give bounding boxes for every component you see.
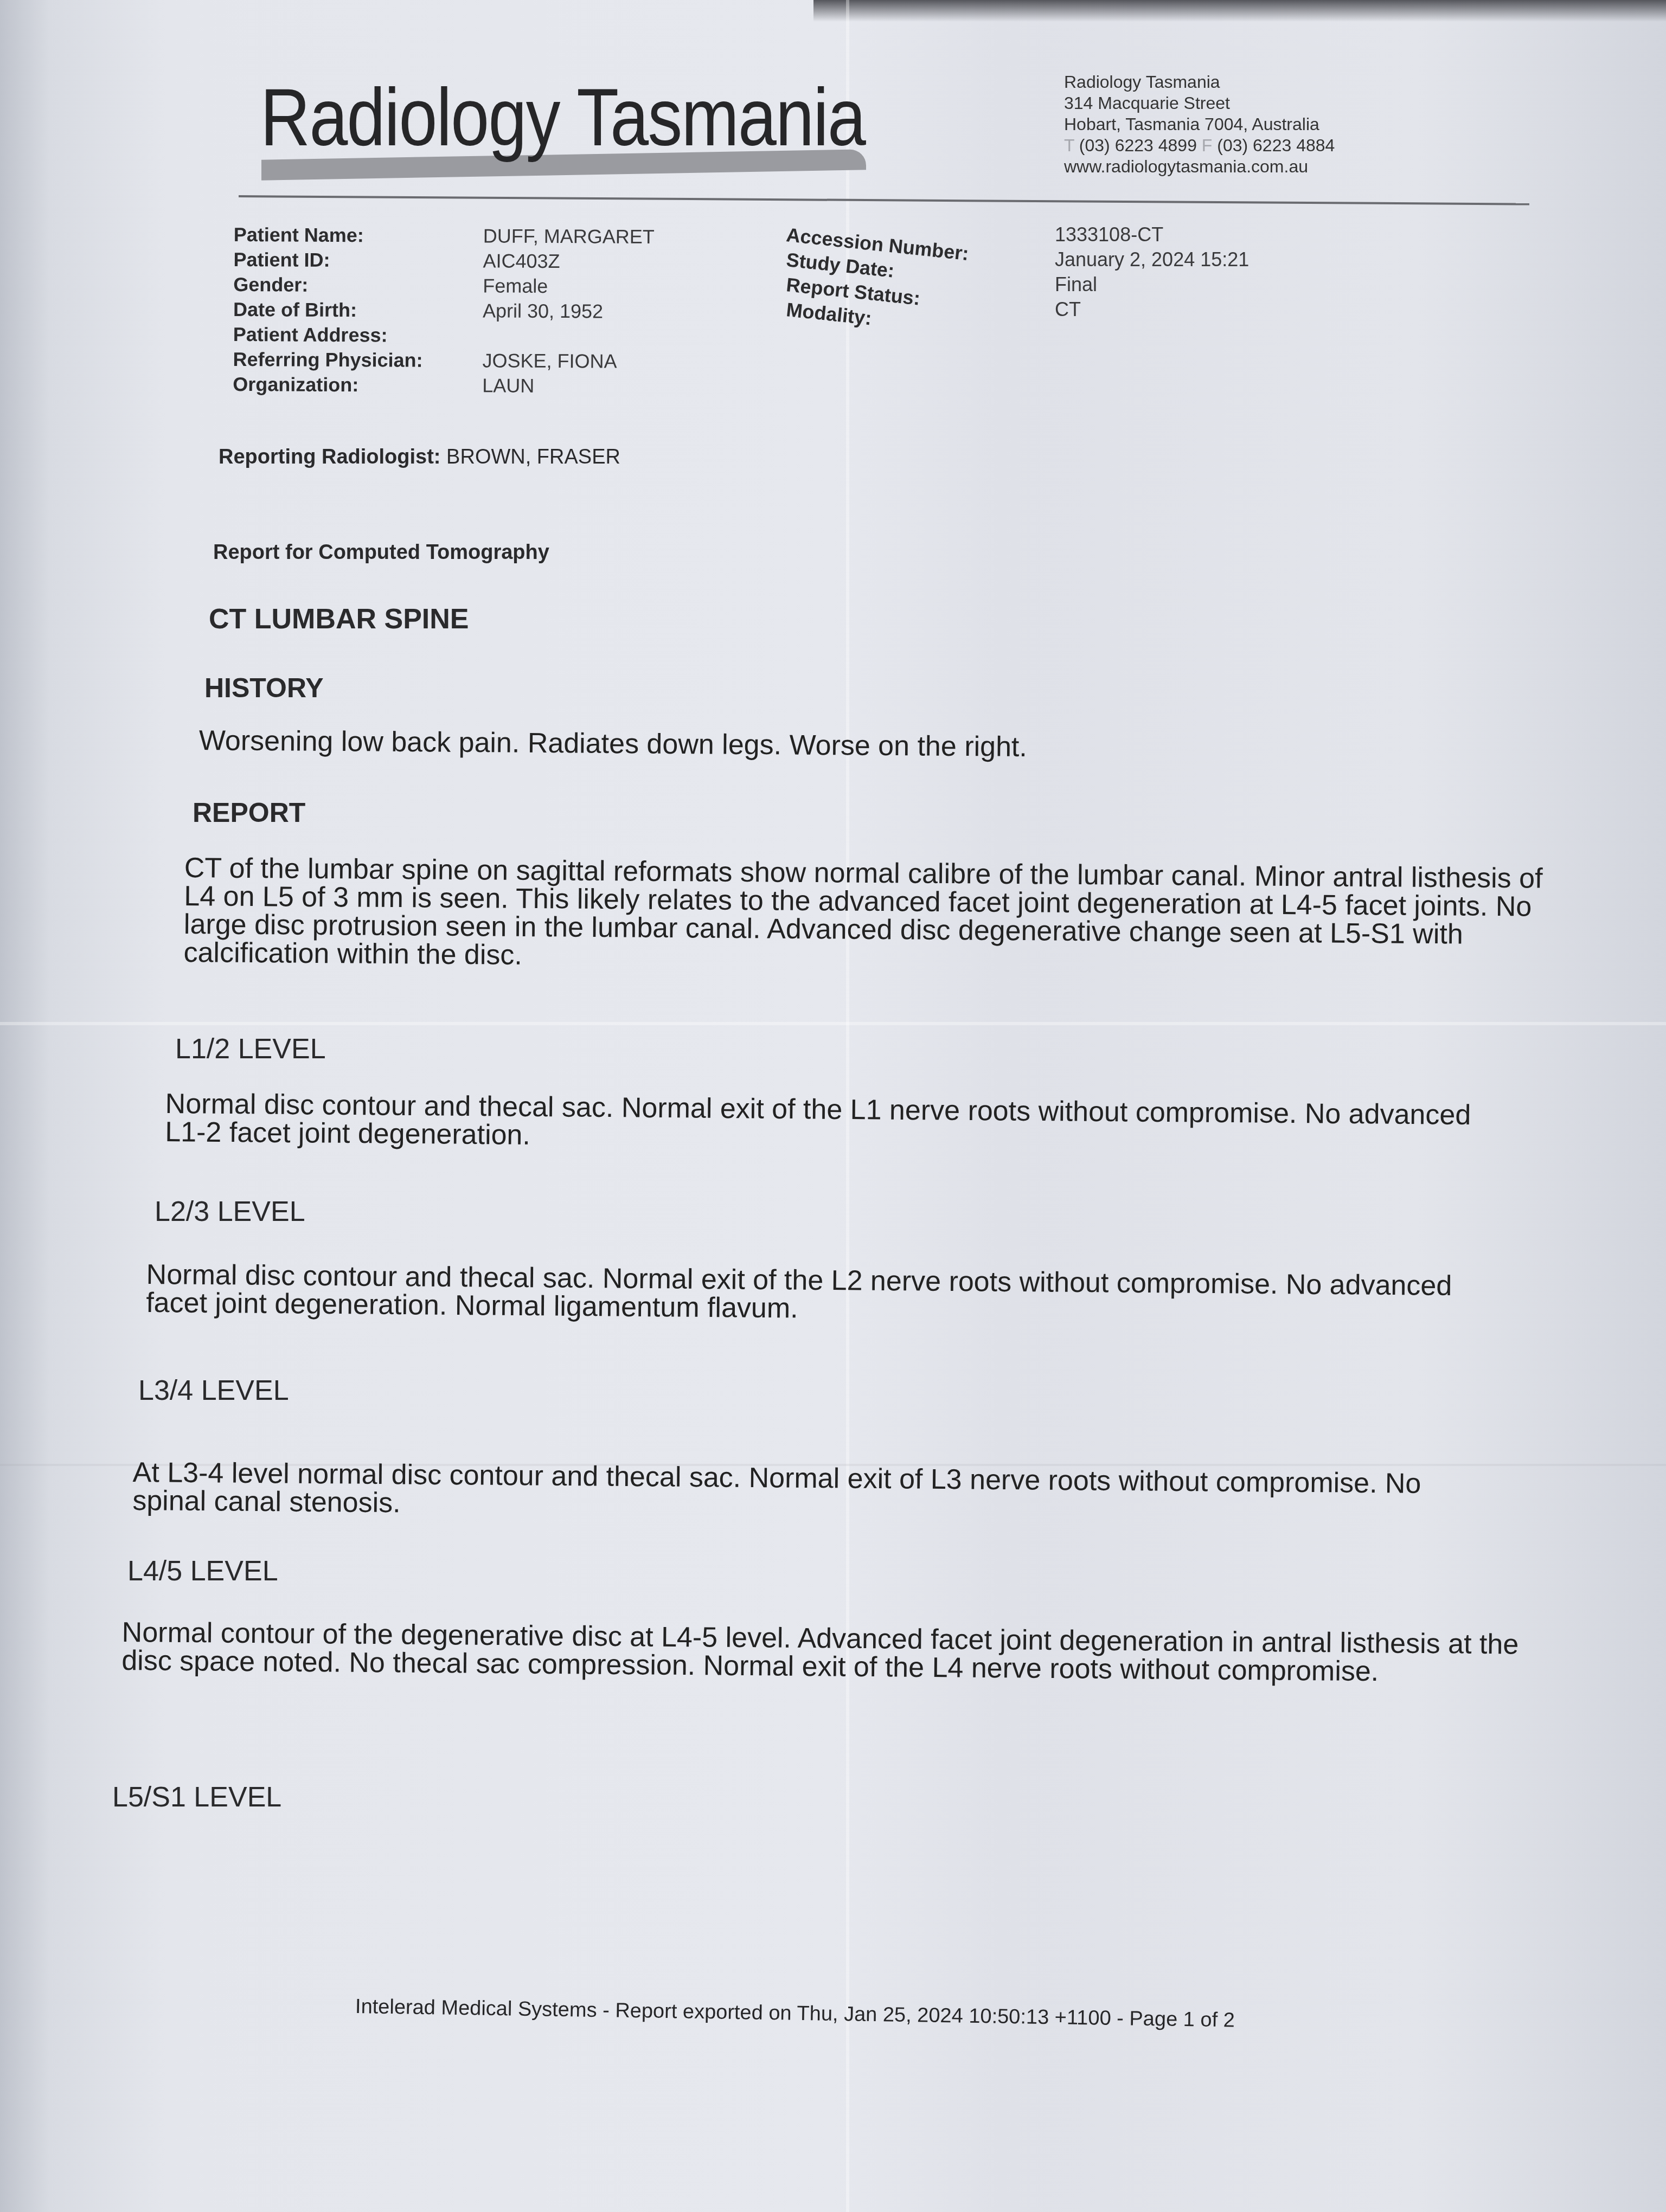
gender: Female [483, 273, 548, 299]
radiologist-name: BROWN, FRASER [446, 446, 620, 468]
accession-number: 1333108-CT [1055, 222, 1163, 247]
referring-row: Referring Physician:JOSKE, FIONA [233, 347, 653, 374]
contact-line: T (03) 6223 4899 F (03) 6223 4884 [1064, 135, 1335, 156]
history-heading: HISTORY [204, 672, 323, 704]
phone-prefix: T [1064, 136, 1074, 155]
address-line: Hobart, Tasmania 7004, Australia [1064, 114, 1335, 135]
referring-physician: JOSKE, FIONA [482, 348, 617, 374]
header-divider [239, 195, 1529, 205]
report-text: CT of the lumbar spine on sagittal refor… [183, 854, 1556, 978]
reporting-radiologist: Reporting Radiologist: BROWN, FRASER [219, 446, 620, 469]
level-text-l4-5: Normal contour of the degenerative disc … [121, 1618, 1575, 1687]
logo: Radiology Tasmania [260, 70, 865, 164]
study-info: Accession Number:1333108-CT Study Date:J… [786, 222, 1249, 322]
report-heading: REPORT [193, 797, 305, 828]
level-title-l2-3: L2/3 LEVEL [155, 1195, 305, 1228]
fax-prefix: F [1202, 136, 1213, 155]
patient-info: Patient Name:DUFF, MARGARET Patient ID:A… [233, 222, 655, 399]
gender-row: Gender:Female [233, 272, 654, 299]
level-title-l1-2: L1/2 LEVEL [175, 1033, 326, 1065]
paper-fold-horizontal [0, 1022, 1666, 1025]
level-title-l3-4: L3/4 LEVEL [138, 1374, 289, 1407]
dob: April 30, 1952 [483, 298, 603, 324]
report-status: Final [1055, 272, 1097, 297]
level-text-l3-4: At L3-4 level normal disc contour and th… [132, 1458, 1434, 1526]
level-text-l2-3: Normal disc contour and thecal sac. Norm… [146, 1261, 1518, 1329]
patient-id: AIC403Z [483, 248, 560, 274]
patient-name: DUFF, MARGARET [483, 223, 655, 249]
level-title-l4-5: L4/5 LEVEL [127, 1555, 278, 1587]
letterhead-address: Radiology Tasmania 314 Macquarie Street … [1064, 72, 1335, 177]
website: www.radiologytasmania.com.au [1064, 156, 1335, 177]
report-subtitle: Report for Computed Tomography [213, 541, 549, 564]
patient-name-row: Patient Name:DUFF, MARGARET [234, 222, 655, 249]
study-date: January 2, 2024 15:21 [1055, 247, 1249, 272]
level-title-l5-s1: L5/S1 LEVEL [112, 1781, 281, 1814]
dob-row: Date of Birth:April 30, 1952 [233, 297, 654, 324]
patient-id-row: Patient ID:AIC403Z [233, 247, 654, 274]
exam-title: CT LUMBAR SPINE [209, 603, 469, 635]
history-text: Worsening low back pain. Radiates down l… [199, 726, 1587, 766]
phone: (03) 6223 4899 [1079, 136, 1197, 155]
level-text-l1-2: Normal disc contour and thecal sac. Norm… [165, 1090, 1494, 1158]
accession-row: Accession Number:1333108-CT [786, 222, 1249, 247]
fax: (03) 6223 4884 [1217, 136, 1335, 155]
address-line: 314 Macquarie Street [1064, 93, 1335, 114]
photo-shadow [813, 0, 1666, 22]
organization-row: Organization:LAUN [233, 372, 653, 399]
organization: LAUN [482, 373, 534, 398]
footer-export-info: Intelerad Medical Systems - Report expor… [355, 1995, 1235, 2032]
address-line: Radiology Tasmania [1064, 72, 1335, 93]
address-row: Patient Address: [233, 322, 654, 349]
modality: CT [1055, 297, 1081, 322]
